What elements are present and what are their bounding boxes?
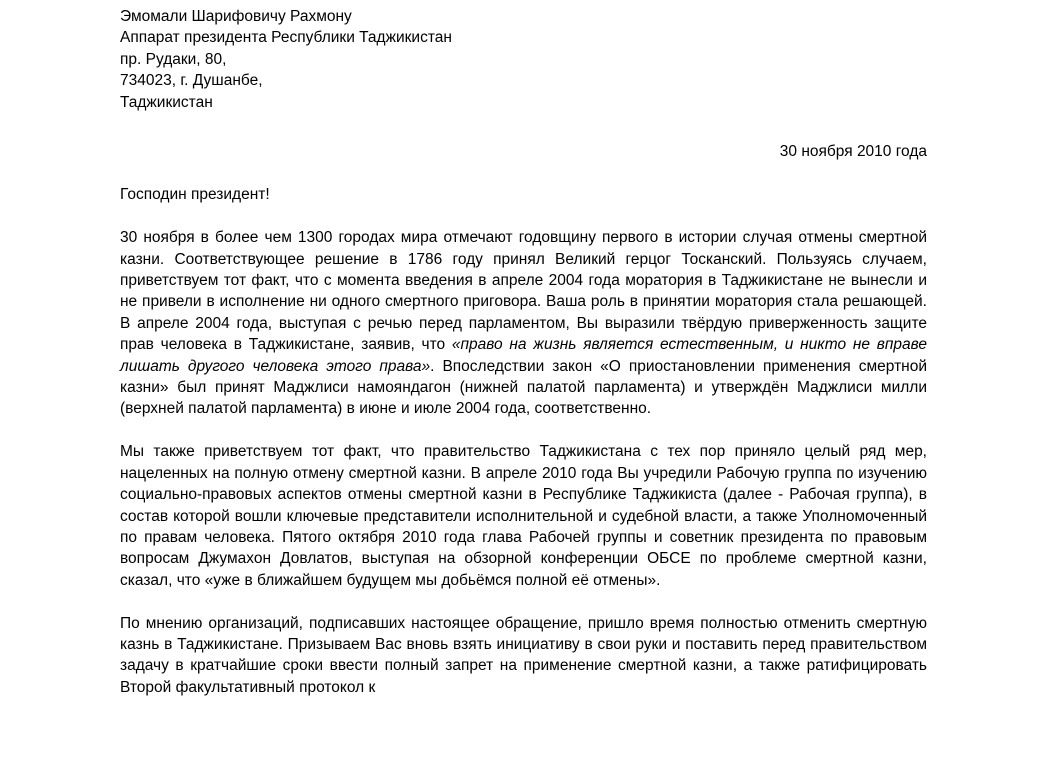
paragraph-moratorium-history: 30 ноября в более чем 1300 городах мира … — [120, 227, 927, 420]
recipient-address-block: Эмомали Шарифовичу Рахмону Аппарат прези… — [120, 6, 927, 113]
paragraph-appeal: По мнению организаций, подписавших насто… — [120, 613, 927, 699]
recipient-country: Таджикистан — [120, 92, 927, 113]
recipient-street: пр. Рудаки, 80, — [120, 49, 927, 70]
salutation: Господин президент! — [120, 184, 927, 205]
letter-date: 30 ноября 2010 года — [120, 141, 927, 162]
recipient-city: 734023, г. Душанбе, — [120, 70, 927, 91]
recipient-name: Эмомали Шарифовичу Рахмону — [120, 6, 927, 27]
paragraph-1-text: 30 ноября в более чем 1300 городах мира … — [120, 229, 927, 353]
paragraph-working-group: Мы также приветствуем тот факт, что прав… — [120, 441, 927, 591]
letter-page: Эмомали Шарифовичу Рахмону Аппарат прези… — [0, 0, 1044, 757]
recipient-organization: Аппарат президента Республики Таджикиста… — [120, 27, 927, 48]
